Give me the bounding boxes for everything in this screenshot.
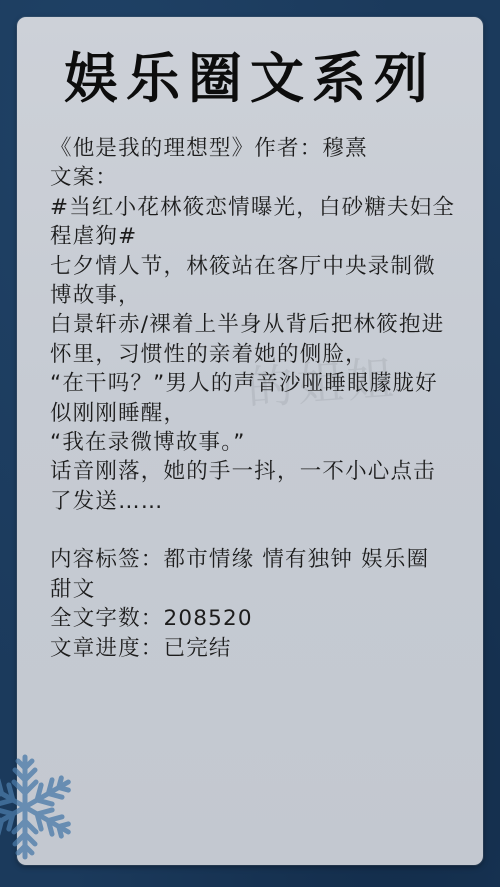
- synopsis-line: 白景轩赤/裸着上半身从背后把林筱抱进: [50, 310, 470, 339]
- content-tags-cont: 甜文: [50, 575, 470, 604]
- book-title-author: 《他是我的理想型》作者：穆熹: [50, 134, 470, 163]
- word-count: 全文字数：208520: [50, 604, 470, 633]
- synopsis-line: 怀里，习惯性的亲着她的侧脸，: [50, 340, 470, 369]
- synopsis-line: #当红小花林筱恋情曝光，白砂糖夫妇全: [50, 193, 470, 222]
- synopsis-line: 了发送……: [50, 487, 470, 516]
- synopsis-line: 程虐狗#: [50, 222, 470, 251]
- synopsis-line: 七夕情人节，林筱站在客厅中央录制微: [50, 252, 470, 281]
- synopsis-line: “在干吗？”男人的声音沙哑睡眼朦胧好: [50, 369, 470, 398]
- synopsis-label: 文案：: [50, 163, 470, 192]
- spacer: [50, 516, 470, 545]
- book-description: 《他是我的理想型》作者：穆熹 文案： #当红小花林筱恋情曝光，白砂糖夫妇全 程虐…: [50, 134, 470, 663]
- progress-status: 文章进度：已完结: [50, 634, 470, 663]
- synopsis-line: 博故事，: [50, 281, 470, 310]
- synopsis-line: “我在录微博故事。”: [50, 428, 470, 457]
- page-title: 娱乐圈文系列: [17, 47, 483, 109]
- synopsis-line: 话音刚落，她的手一抖，一不小心点击: [50, 457, 470, 486]
- content-card: 娱乐圈文系列 的姐姐 《他是我的理想型》作者：穆熹 文案： #当红小花林筱恋情曝…: [17, 17, 483, 865]
- synopsis-line: 似刚刚睡醒，: [50, 399, 470, 428]
- content-tags: 内容标签：都市情缘 情有独钟 娱乐圈: [50, 545, 470, 574]
